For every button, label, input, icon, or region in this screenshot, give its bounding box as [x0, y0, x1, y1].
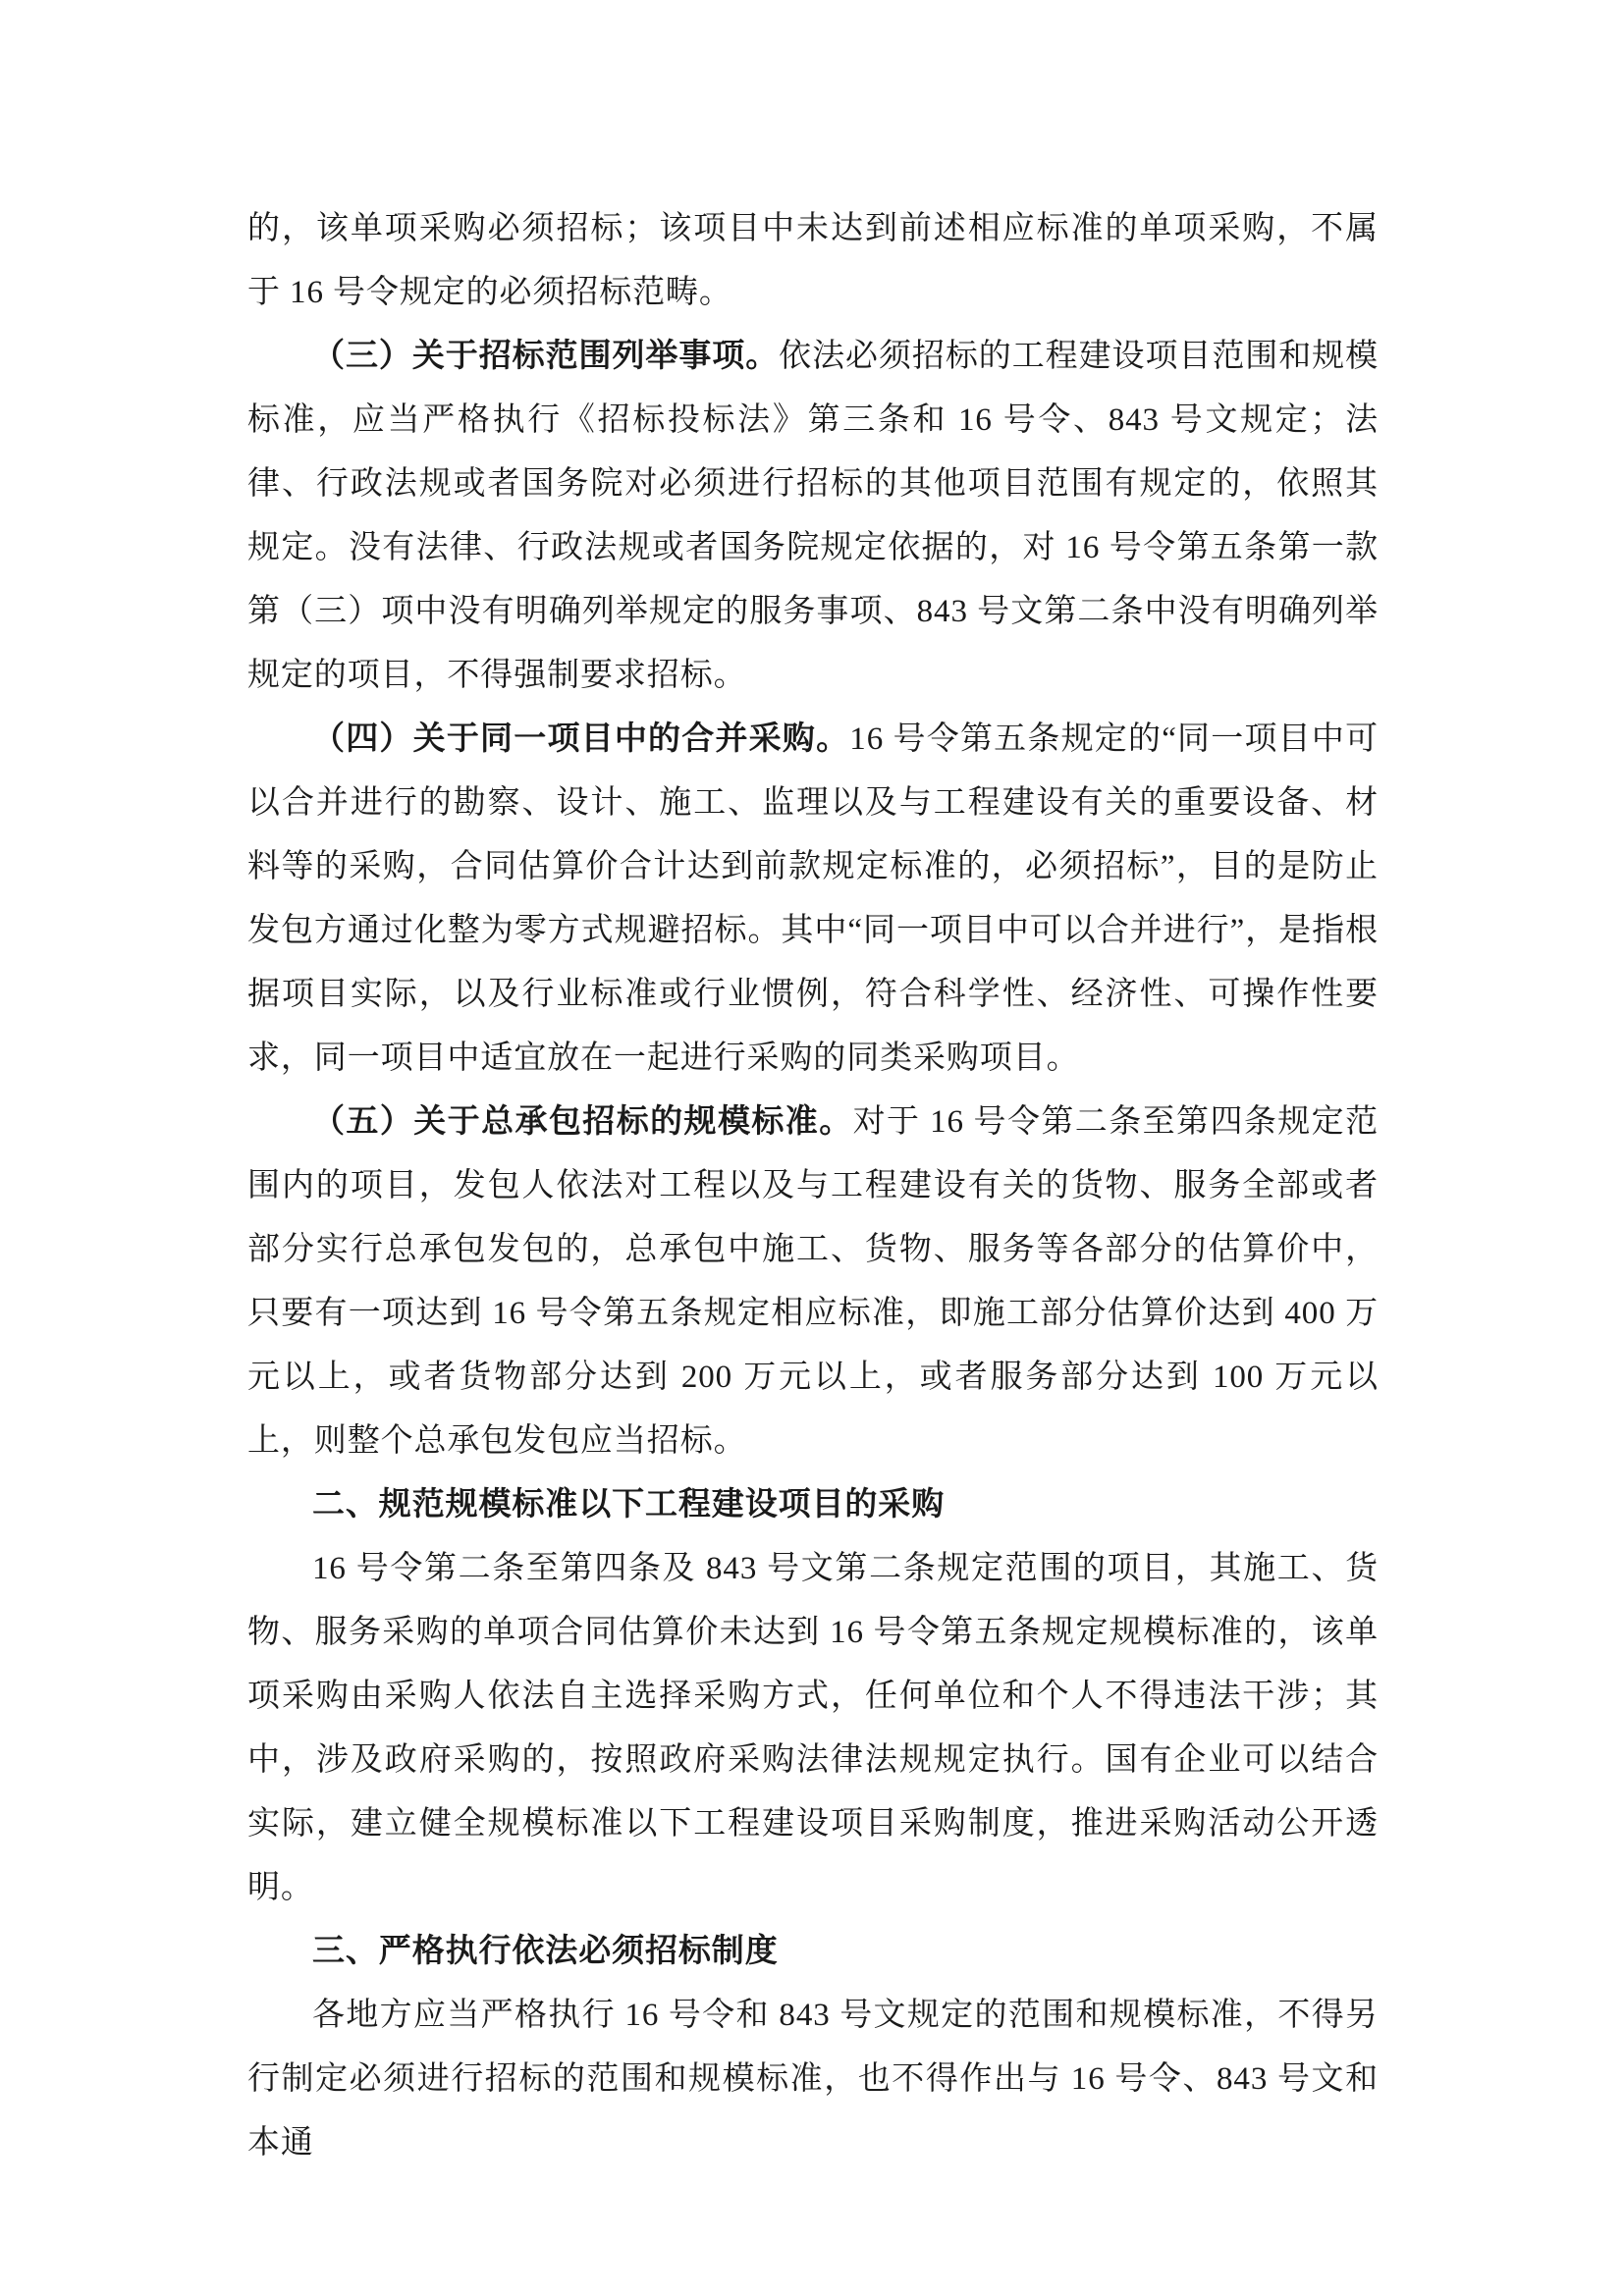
paragraph-section-2-body: 16 号令第二条至第四条及 843 号文第二条规定范围的项目，其施工、货物、服务… — [247, 1537, 1379, 1920]
paragraph-lead-bold: （三）关于招标范围列举事项。 — [312, 339, 779, 374]
paragraph-text: 的，该单项采购必须招标；该项目中未达到前述相应标准的单项采购，不属于 16 号令… — [247, 211, 1379, 310]
paragraph-lead-bold: （四）关于同一项目中的合并采购。 — [312, 721, 849, 757]
paragraph-item-5: （五）关于总承包招标的规模标准。对于 16 号令第二条至第四条规定范围内的项目，… — [247, 1091, 1379, 1473]
paragraph-item-4: （四）关于同一项目中的合并采购。16 号令第五条规定的“同一项目中可以合并进行的… — [247, 708, 1379, 1091]
paragraph-text: 16 号令第五条规定的“同一项目中可以合并进行的勘察、设计、施工、监理以及与工程… — [247, 721, 1379, 1076]
document-text-block: 的，该单项采购必须招标；该项目中未达到前述相应标准的单项采购，不属于 16 号令… — [247, 197, 1379, 2175]
heading-text-bold: 三、严格执行依法必须招标制度 — [312, 1934, 779, 1969]
paragraph-item-3: （三）关于招标范围列举事项。依法必须招标的工程建设项目范围和规模标准，应当严格执… — [247, 325, 1379, 708]
paragraph-continuation: 的，该单项采购必须招标；该项目中未达到前述相应标准的单项采购，不属于 16 号令… — [247, 197, 1379, 325]
paragraph-lead-bold: （五）关于总承包招标的规模标准。 — [312, 1104, 853, 1140]
paragraph-text: 依法必须招标的工程建设项目范围和规模标准，应当严格执行《招标投标法》第三条和 1… — [247, 339, 1379, 693]
paragraph-text: 16 号令第二条至第四条及 843 号文第二条规定范围的项目，其施工、货物、服务… — [247, 1551, 1379, 1905]
paragraph-text: 各地方应当严格执行 16 号令和 843 号文规定的范围和规模标准，不得另行制定… — [247, 1998, 1379, 2161]
paragraph-section-3-body: 各地方应当严格执行 16 号令和 843 号文规定的范围和规模标准，不得另行制定… — [247, 1984, 1379, 2175]
heading-text-bold: 二、规范规模标准以下工程建设项目的采购 — [312, 1487, 945, 1522]
heading-section-3: 三、严格执行依法必须招标制度 — [247, 1920, 1379, 1984]
paragraph-text: 对于 16 号令第二条至第四条规定范围内的项目，发包人依法对工程以及与工程建设有… — [247, 1104, 1379, 1459]
heading-section-2: 二、规范规模标准以下工程建设项目的采购 — [247, 1473, 1379, 1537]
document-page: 的，该单项采购必须招标；该项目中未达到前述相应标准的单项采购，不属于 16 号令… — [0, 0, 1624, 2296]
